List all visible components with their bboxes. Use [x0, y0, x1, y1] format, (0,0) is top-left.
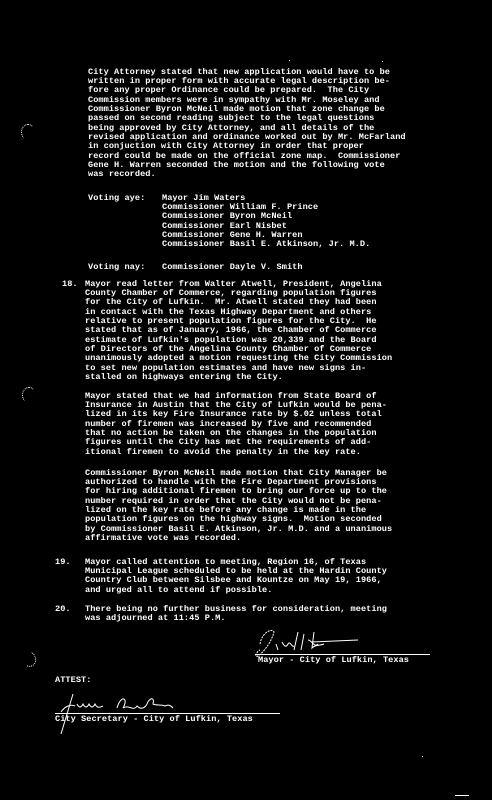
text-line: passed on second reading subject to the … — [88, 114, 374, 123]
text-line: for the City of Lufkin. Mr. Atwell state… — [85, 298, 377, 307]
voting-aye-label: Voting aye: — [88, 194, 145, 203]
secretary-handwritten-signature-icon — [55, 690, 205, 734]
mayor-title: Mayor - City of Lufkin, Texas — [258, 656, 409, 665]
text-line: and urged all to attend if possible. — [85, 586, 272, 595]
text-line: Country Club between Silsbee and Kountze… — [85, 576, 382, 585]
secretary-title: City Secretary - City of Lufkin, Texas — [55, 715, 253, 724]
text-line: was adjourned at 11:45 P.M. — [85, 614, 226, 623]
item-number: 20. — [55, 605, 71, 614]
scan-speck — [382, 61, 383, 62]
text-line: itional firemen to avoid the penalty in … — [85, 448, 361, 457]
text-line: unanimously adopted a motion requesting … — [85, 354, 392, 363]
text-line: was recorded. — [88, 170, 156, 179]
voter-name: Commissioner Byron McNeil — [162, 212, 292, 221]
punch-hole-mark-icon — [22, 387, 36, 403]
item-number: 19. — [55, 558, 71, 567]
text-line: figures until the City has met the requi… — [85, 438, 371, 447]
text-line: population figures on the highway signs.… — [85, 515, 382, 524]
text-line: fore any proper Ordinance could be prepa… — [88, 86, 369, 95]
attest-label: ATTEST: — [55, 676, 91, 685]
text-line: lized in its key Fire Insurance rate by … — [85, 410, 382, 419]
text-line: stated that as of January, 1966, the Cha… — [85, 326, 377, 335]
text-line: in conjuction with City Attorney in orde… — [88, 142, 364, 151]
scan-speck — [455, 795, 469, 796]
scan-speck — [422, 756, 423, 757]
item-number: 18. — [62, 280, 78, 289]
scan-speck — [289, 60, 290, 61]
voter-name: Commissioner Dayle V. Smith — [162, 263, 303, 272]
punch-hole-mark-icon — [21, 124, 35, 140]
text-line: stalled on highways entering the City. — [85, 373, 283, 382]
text-line: affirmative vote was recorded. — [85, 534, 241, 543]
voting-nay-label: Voting nay: — [88, 263, 145, 272]
text-line: for hiring additional firemen to bring o… — [85, 487, 387, 496]
voter-name: Commissioner Basil E. Atkinson, Jr. M.D. — [162, 240, 370, 249]
punch-hole-mark-icon — [20, 649, 39, 669]
